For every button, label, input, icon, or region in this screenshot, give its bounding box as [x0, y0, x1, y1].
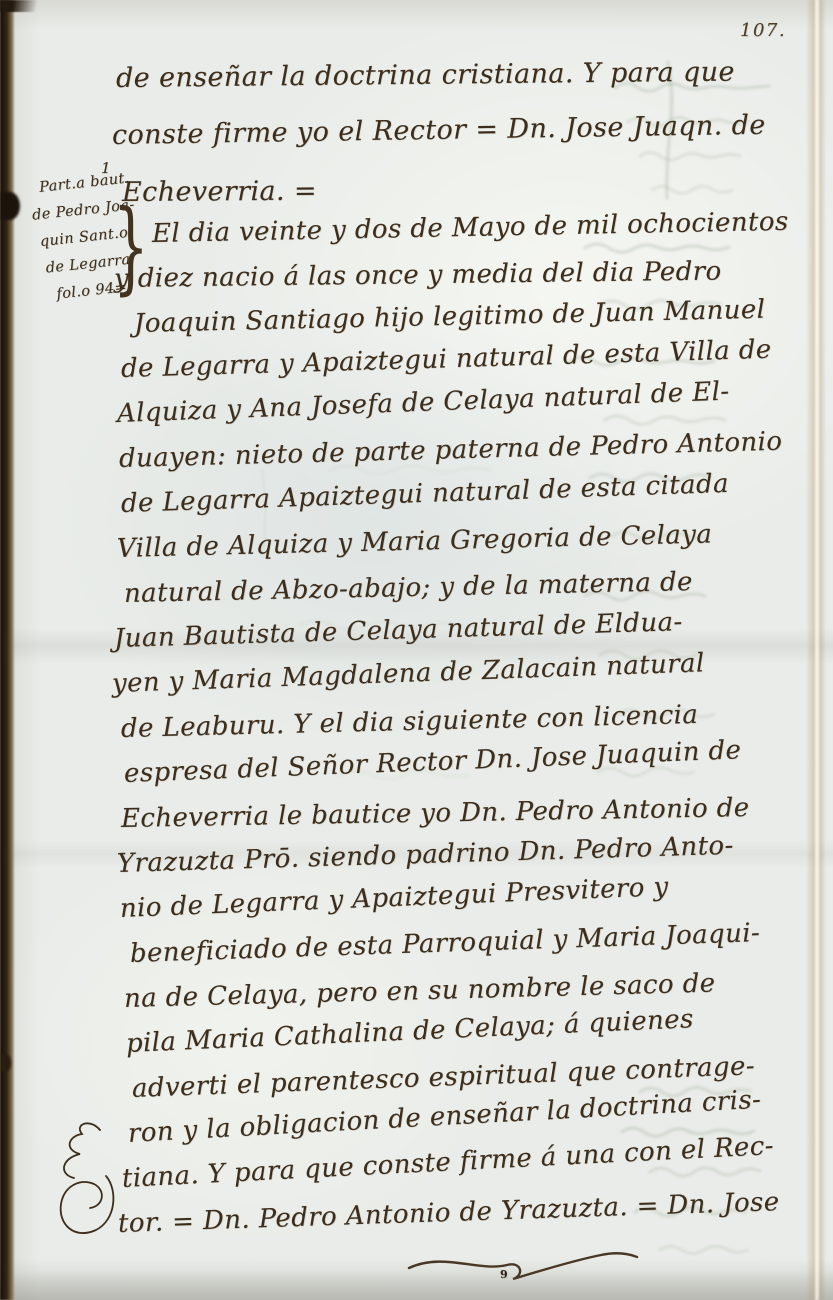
manuscript-line: conste firme yo el Rector = Dn. Jose Jua… [112, 97, 767, 164]
manuscript-page: 107. de enseñar la doctrina cristiana. Y… [0, 0, 833, 1300]
baptism-entry-text: El dia veinte y dos de Mayo de mil ochoc… [112, 212, 789, 1247]
bottom-shadow-band [0, 1258, 833, 1300]
footer-press-mark: 9 [500, 1268, 508, 1281]
page-corner-shadow [0, 0, 52, 12]
signature-flourish [405, 1244, 645, 1290]
folio-page-number: 107. [740, 20, 786, 41]
binding-edge [0, 0, 15, 1300]
closing-entry-text: de enseñar la doctrina cristiana. Y para… [112, 50, 766, 221]
right-fold-crease [806, 0, 826, 1300]
